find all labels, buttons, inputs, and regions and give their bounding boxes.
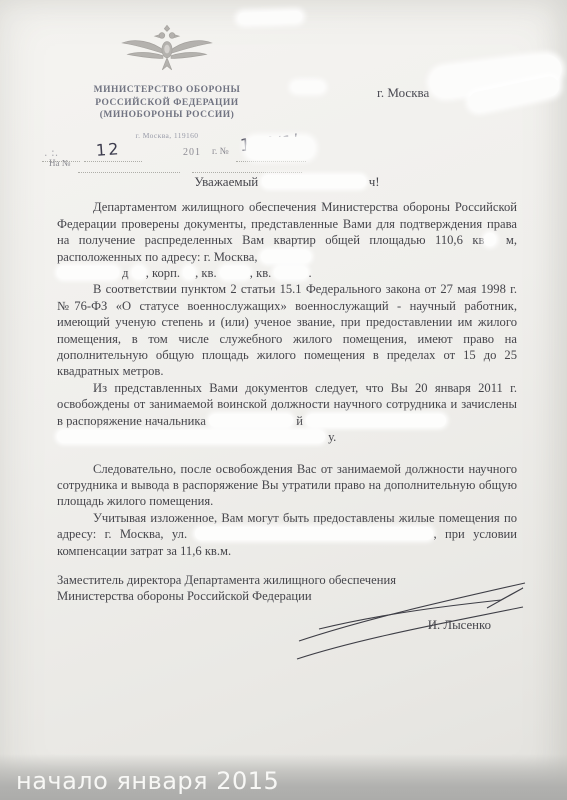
signer-name: И. Лысенко — [428, 617, 491, 633]
salutation: Уважаемый ч! — [57, 174, 517, 190]
redaction-blob — [183, 266, 195, 279]
paragraph-4: Следовательно, после освобождения Вас от… — [57, 461, 517, 510]
redaction-blob — [306, 414, 446, 427]
org-name-line: РОССИЙСКОЙ ФЕДЕРАЦИИ — [60, 97, 274, 110]
paragraph-2: В соответствии пунктом 2 статьи 15.1 Фед… — [57, 281, 517, 379]
city-label: г. Москва — [377, 85, 429, 101]
redaction-blob — [246, 137, 314, 159]
redaction-blob — [261, 250, 311, 263]
redaction-blob — [132, 266, 146, 279]
printed-year: 201 — [183, 147, 201, 158]
dotted-line — [84, 160, 142, 162]
org-name-line: (МИНОБОРОНЫ РОССИИ) — [60, 109, 274, 122]
paragraph-1: Департаментом жилищного обеспечения Мини… — [57, 199, 517, 281]
letterhead: МИНИСТЕРСТВО ОБОРОНЫ РОССИЙСКОЙ ФЕДЕРАЦИ… — [60, 24, 274, 140]
year-number-label: г. № — [212, 147, 229, 157]
redaction-blob — [292, 82, 324, 92]
watermark-text: начало января 2015 — [16, 767, 279, 795]
redaction-blob — [484, 233, 496, 246]
redaction-blob — [57, 430, 325, 443]
scanned-letter-page: МИНИСТЕРСТВО ОБОРОНЫ РОССИЙСКОЙ ФЕДЕРАЦИ… — [0, 0, 567, 800]
ministry-emblem-eagle-icon — [119, 24, 215, 78]
handwritten-signature-stroke — [295, 579, 531, 663]
redaction-blob — [238, 11, 302, 24]
paragraph-5: Учитывая изложенное, Вам могут быть пред… — [57, 510, 517, 559]
redaction-blob — [195, 527, 433, 540]
reply-to-label: На № — [49, 158, 70, 168]
signature-area: И. Лысенко — [57, 605, 517, 667]
dotted-line — [78, 171, 180, 173]
dotted-line — [236, 160, 306, 162]
redaction-blob — [57, 266, 119, 279]
handwritten-month: 12 — [95, 139, 121, 160]
signature-block: Заместитель директора Департамента жилищ… — [57, 572, 517, 667]
redaction-blob — [220, 266, 250, 279]
paragraph-3: Из представленных Вами документов следуе… — [57, 380, 517, 446]
letter-body: Уважаемый ч! Департаментом жилищного обе… — [57, 174, 517, 667]
org-name-line: МИНИСТЕРСТВО ОБОРОНЫ — [60, 84, 274, 97]
redaction-blob — [274, 266, 308, 279]
watermark-band: начало января 2015 — [0, 754, 567, 800]
redaction-blob — [209, 414, 293, 427]
dotted-line — [192, 171, 302, 173]
redaction-blob — [262, 175, 366, 188]
